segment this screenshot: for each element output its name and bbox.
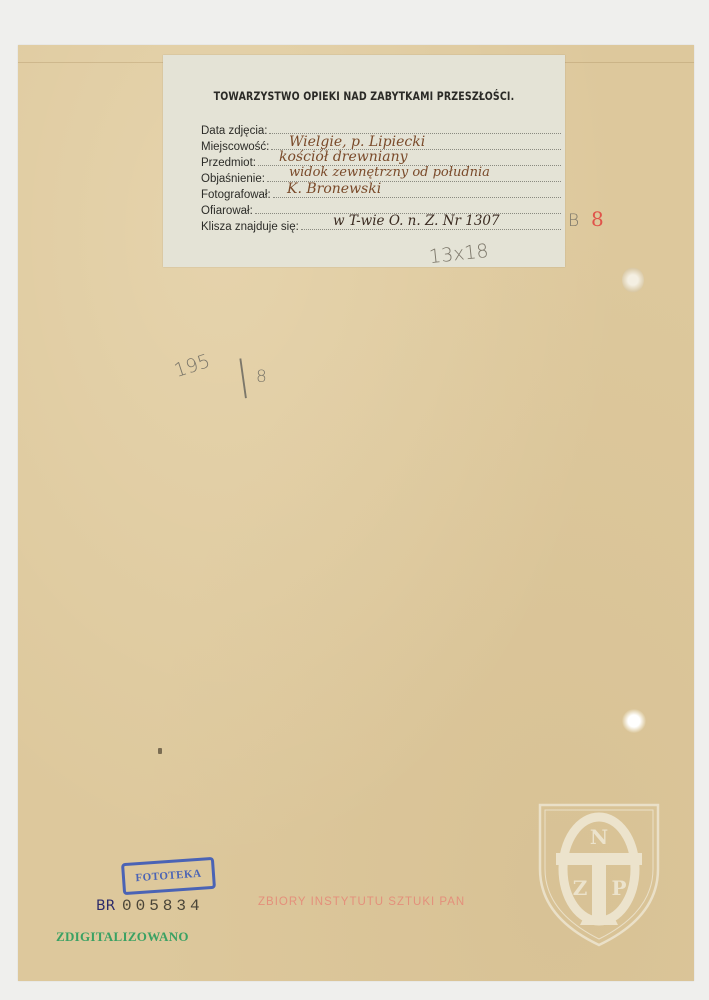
field-label: Miejscowość:	[201, 141, 269, 153]
pencil-slash: |	[233, 352, 253, 399]
collection-stamp: ZBIORY INSTYTUTU SZTUKI PAN	[258, 896, 465, 908]
svg-text:P: P	[611, 876, 626, 900]
spot-mark	[158, 748, 162, 754]
field-label: Przedmiot:	[201, 157, 256, 169]
field-label: Fotografował:	[201, 189, 271, 201]
pin-hole-top	[622, 267, 644, 293]
red-mark: 8	[591, 207, 604, 231]
field-value: kościół drewniany	[279, 149, 408, 165]
field-value: w T-wie O. n. Z. Nr 1307	[333, 213, 500, 229]
digitized-stamp: ZDIGITALIZOWANO	[56, 929, 189, 945]
field-label: Klisza znajduje się:	[201, 221, 299, 233]
field-photographer: Fotografował: K. Bronewski	[201, 185, 561, 201]
svg-text:Z: Z	[573, 876, 588, 900]
field-plate-location: Klisza znajduje się: w T-wie O. n. Z. Nr…	[201, 217, 561, 233]
field-value: widok zewnętrzny od południa	[289, 165, 490, 180]
plate-suffix: B	[568, 211, 579, 231]
fototeka-stamp: FOTOTEKA	[121, 857, 216, 895]
pencil-number: 195	[171, 350, 212, 382]
field-value: Wielgie, p. Lipiecki	[289, 134, 425, 150]
label-title: TOWARZYSTWO OPIEKI NAD ZABYTKAMI PRZESZŁ…	[199, 89, 529, 103]
label-fields: Data zdjęcia: Miejscowość: Wielgie, p. L…	[201, 121, 561, 233]
field-value: K. Bronewski	[287, 181, 381, 197]
archive-card: TOWARZYSTWO OPIEKI NAD ZABYTKAMI PRZESZŁ…	[18, 45, 694, 981]
field-label: Ofiarował:	[201, 205, 253, 217]
svg-text:N: N	[590, 825, 608, 849]
field-label: Data zdjęcia:	[201, 125, 267, 137]
pencil-fraction: 8	[256, 367, 267, 387]
br-prefix: BR	[96, 898, 115, 914]
field-label: Objaśnienie:	[201, 173, 265, 185]
pin-hole-bottom	[622, 709, 646, 733]
tonzp-emblem-icon: N Z P	[534, 799, 664, 949]
society-label: TOWARZYSTWO OPIEKI NAD ZABYTKAMI PRZESZŁ…	[163, 55, 565, 267]
inventory-number: 005834	[122, 897, 204, 915]
size-note: 13x18	[428, 240, 490, 268]
